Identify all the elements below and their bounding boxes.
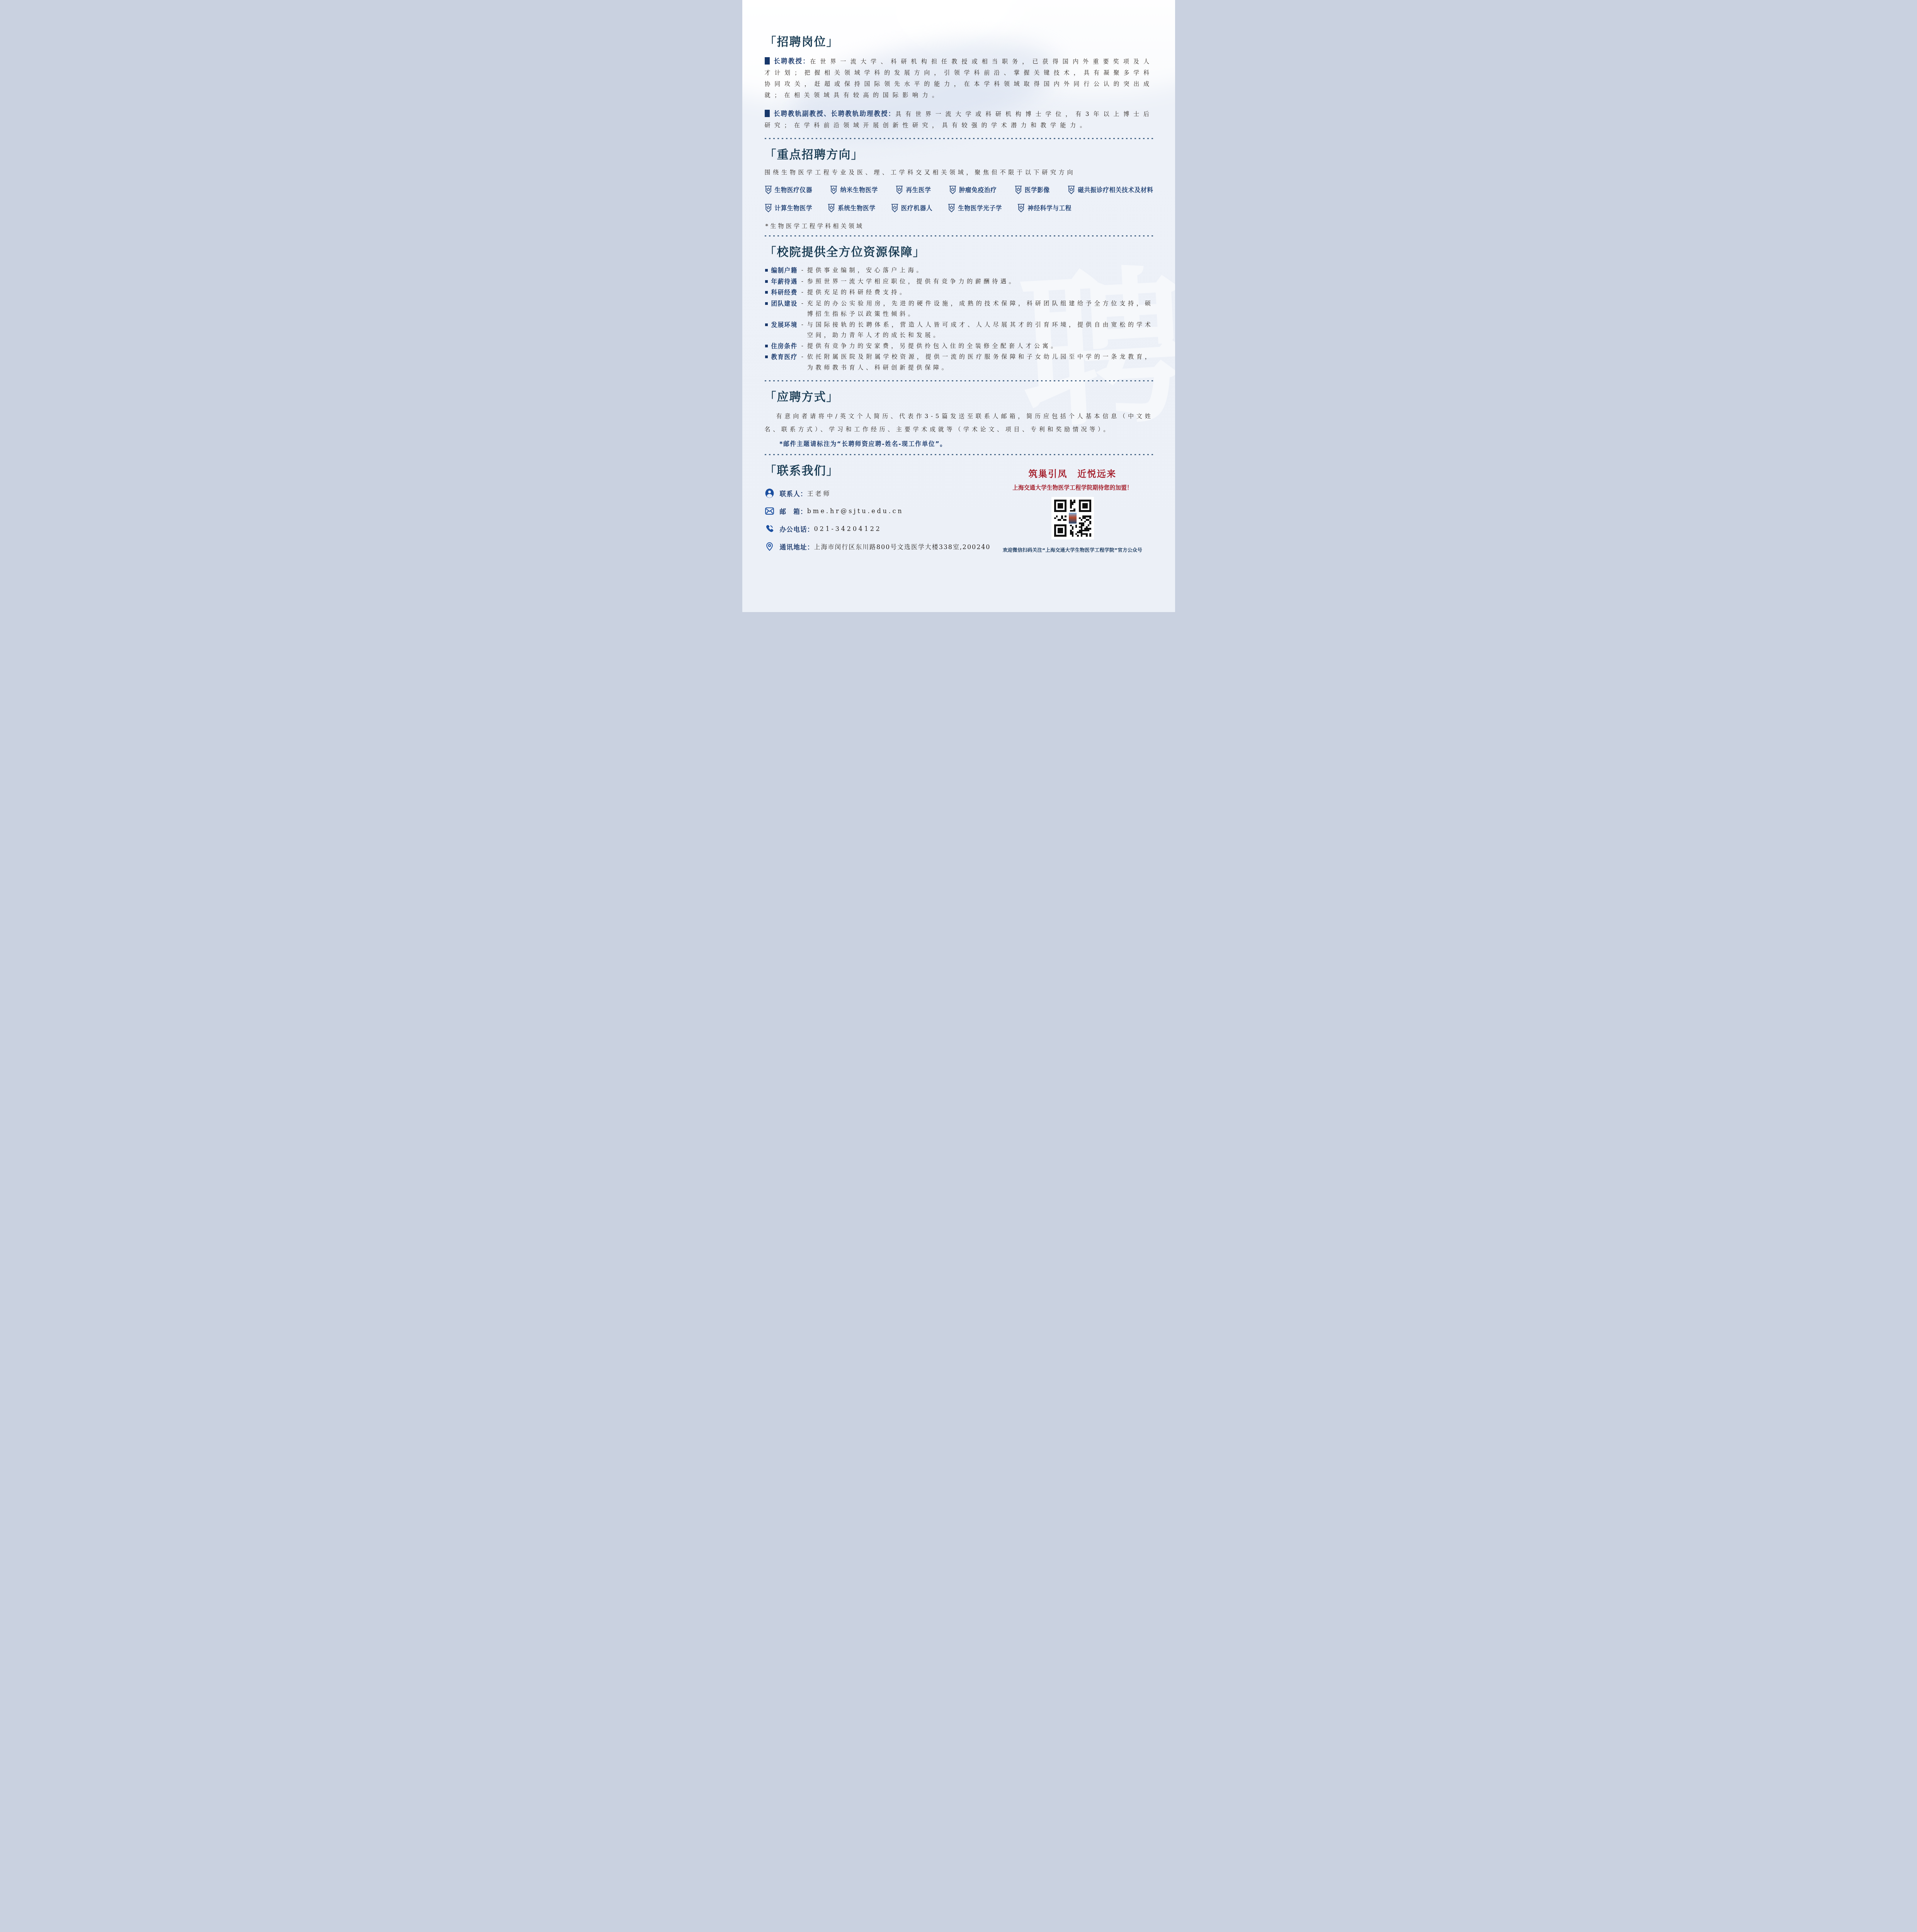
square-bullet-icon <box>765 345 768 347</box>
section-title-apply: 「应聘方式」 <box>765 391 1153 404</box>
dotted-divider <box>765 138 1153 139</box>
pennant-star-icon <box>765 204 772 213</box>
dotted-divider <box>765 235 1153 236</box>
direction-badge: 神经科学与工程 <box>1017 204 1072 213</box>
badge-row-1: 生物医疗仪器 纳米生物医学 再生医学 肿瘤免疫治疗 医学影像 磁共振诊疗相关技术… <box>765 185 1153 194</box>
section-title-directions: 「重点招聘方向」 <box>765 148 1153 162</box>
benefit-text: 提供充足的科研经费支持。 <box>807 287 1153 298</box>
direction-badge: 系统生物医学 <box>828 204 876 213</box>
square-bullet-icon <box>765 269 768 272</box>
benefit-text: 参照世界一流大学相应职位，提供有竞争力的薪酬待遇。 <box>807 276 1153 287</box>
square-bullet-icon <box>765 280 768 283</box>
benefit-label: 团队建设 <box>771 298 798 310</box>
dotted-divider <box>765 454 1153 455</box>
position-text: 在世界一流大学、科研机构担任教授或相当职务，已获得国内外重要奖项及人才计划；把握… <box>765 58 1153 99</box>
direction-badge: 计算生物医学 <box>765 204 813 213</box>
contact-phone: 021-34204122 <box>814 525 882 532</box>
dotted-divider <box>765 380 1153 381</box>
apply-paragraph: 有意向者请将中/英文个人简历、代表作3-5篇发送至联系人邮箱，简历应包括个人基本… <box>765 410 1153 436</box>
benefit-text: 提供有竞争力的安家费，另提供拎包入住的全装修全配套人才公寓。 <box>807 341 1153 352</box>
contact-label: 办公电话： <box>780 524 814 534</box>
pennant-star-icon <box>949 185 956 194</box>
benefit-text: 依托附属医院及附属学校资源，提供一流的医疗服务保障和子女幼儿园至中学的一条龙教育… <box>807 352 1153 373</box>
benefit-text: 充足的办公实验用房，先进的硬件设施，成熟的技术保障，科研团队组建给予全方位支持，… <box>807 298 1153 320</box>
square-bullet-icon <box>765 291 768 294</box>
list-item: 住房条件 - 提供有竞争力的安家费，另提供拎包入住的全装修全配套人才公寓。 <box>765 341 1153 352</box>
contact-person: 王老师 <box>807 489 831 498</box>
pennant-star-icon <box>896 185 903 194</box>
recruitment-poster: 聘 「招聘岗位」 长聘教授：在世界一流大学、科研机构担任教授或相当职务，已获得国… <box>742 0 1175 612</box>
badge-row-2: 计算生物医学 系统生物医学 医疗机器人 生物医学光子学 神经科学与工程 <box>765 204 1153 213</box>
slogan-subtitle: 上海交通大学生物医学工程学院期待您的加盟！ <box>990 483 1156 492</box>
position-item: 长聘教授：在世界一流大学、科研机构担任教授或相当职务，已获得国内外重要奖项及人才… <box>765 55 1153 101</box>
position-label: 长聘教授： <box>774 58 810 65</box>
list-item: 年薪待遇 - 参照世界一流大学相应职位，提供有竞争力的薪酬待遇。 <box>765 276 1153 287</box>
phone-icon <box>765 524 774 534</box>
benefits-list: 编制户籍 - 提供事业编制，安心落户上海。 年薪待遇 - 参照世界一流大学相应职… <box>765 265 1153 373</box>
contact-label: 邮 箱： <box>780 507 807 516</box>
benefit-label: 住房条件 <box>771 341 798 352</box>
pennant-star-icon <box>765 185 772 194</box>
square-bullet-icon <box>765 110 770 117</box>
section-title-positions: 「招聘岗位」 <box>765 36 1153 49</box>
benefit-dash: - <box>801 265 803 276</box>
list-item: 教育医疗 - 依托附属医院及附属学校资源，提供一流的医疗服务保障和子女幼儿园至中… <box>765 352 1153 373</box>
benefit-dash: - <box>801 298 803 309</box>
pennant-star-icon <box>891 204 898 213</box>
apply-note: *邮件主题请标注为“长聘师资应聘-姓名-现工作单位”。 <box>779 439 1153 448</box>
position-item: 长聘教轨副教授、长聘教轨助理教授：具有世界一流大学或科研机构博士学位，有3年以上… <box>765 108 1153 131</box>
benefit-dash: - <box>801 287 803 298</box>
benefit-dash: - <box>801 352 803 362</box>
direction-badge: 纳米生物医学 <box>830 185 878 194</box>
list-item: 团队建设 - 充足的办公实验用房，先进的硬件设施，成熟的技术保障，科研团队组建给… <box>765 298 1153 320</box>
benefit-label: 编制户籍 <box>771 265 798 276</box>
directions-footnote: *生物医学工程学科相关领域 <box>765 222 1153 230</box>
direction-badge: 再生医学 <box>896 185 931 194</box>
person-icon <box>765 488 774 498</box>
list-item: 科研经费 - 提供充足的科研经费支持。 <box>765 287 1153 298</box>
pennant-star-icon <box>830 185 837 194</box>
list-item: 编制户籍 - 提供事业编制，安心落户上海。 <box>765 265 1153 276</box>
benefit-text: 提供事业编制，安心落户上海。 <box>807 265 1153 276</box>
contact-email: bme.hr@sjtu.edu.cn <box>807 507 904 515</box>
benefit-label: 发展环境 <box>771 320 798 331</box>
benefit-label: 科研经费 <box>771 287 798 298</box>
pennant-star-icon <box>948 204 955 213</box>
contact-label: 联系人： <box>780 489 807 498</box>
direction-badge: 生物医学光子学 <box>948 204 1002 213</box>
qr-code <box>1051 497 1094 539</box>
square-bullet-icon <box>765 57 770 65</box>
list-item: 发展环境 - 与国际接轨的长聘体系，营造人人皆可成才、人人尽展其才的引育环境，提… <box>765 320 1153 341</box>
benefit-dash: - <box>801 320 803 330</box>
square-bullet-icon <box>765 323 768 326</box>
qr-center-logo <box>1068 512 1078 525</box>
slogan: 筑巢引凤 近悦远来 <box>990 467 1156 480</box>
envelope-icon <box>765 506 774 516</box>
contact-right-column: 筑巢引凤 近悦远来 上海交通大学生物医学工程学院期待您的加盟！ 欢迎微信扫码关注… <box>990 467 1156 553</box>
pennant-star-icon <box>1068 185 1075 194</box>
square-bullet-icon <box>765 355 768 358</box>
contact-section: 「联系我们」 联系人： 王老师 <box>765 464 1153 552</box>
pennant-star-icon <box>1015 185 1022 194</box>
contact-address: 上海市闵行区东川路800号文选医学大楼338室,200240 <box>814 542 991 551</box>
benefit-dash: - <box>801 276 803 287</box>
contact-label: 通讯地址： <box>780 542 814 551</box>
direction-badge: 生物医疗仪器 <box>765 185 813 194</box>
direction-badge: 医疗机器人 <box>891 204 932 213</box>
qr-caption: 欢迎微信扫码关注“上海交通大学生物医学工程学院”官方公众号 <box>990 546 1156 553</box>
direction-badge: 医学影像 <box>1015 185 1050 194</box>
benefit-label: 教育医疗 <box>771 352 798 363</box>
directions-intro: 围绕生物医学工程专业及医、理、工学科交叉相关领域，聚焦但不限于以下研究方向 <box>765 168 1153 176</box>
pennant-star-icon <box>828 204 835 213</box>
direction-badge: 磁共振诊疗相关技术及材料 <box>1068 185 1153 194</box>
square-bullet-icon <box>765 302 768 305</box>
position-label: 长聘教轨副教授、长聘教轨助理教授： <box>774 110 896 117</box>
direction-badge: 肿瘤免疫治疗 <box>949 185 997 194</box>
location-icon <box>765 542 774 551</box>
section-title-benefits: 「校院提供全方位资源保障」 <box>765 246 1153 259</box>
benefit-label: 年薪待遇 <box>771 276 798 287</box>
benefit-text: 与国际接轨的长聘体系，营造人人皆可成才、人人尽展其才的引育环境，提供自由宽松的学… <box>807 320 1153 341</box>
benefit-dash: - <box>801 341 803 352</box>
pennant-star-icon <box>1017 204 1025 213</box>
